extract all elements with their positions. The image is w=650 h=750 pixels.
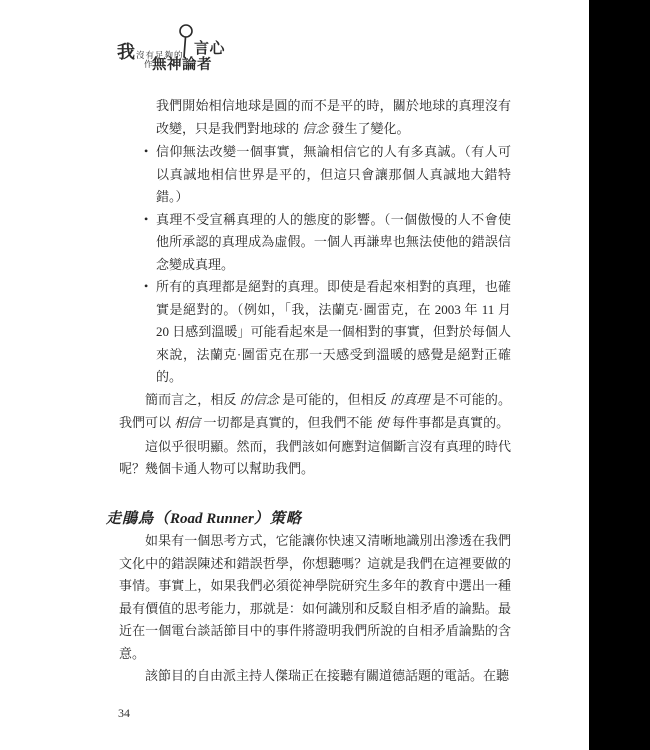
bullet-marker: • <box>144 275 148 298</box>
list-item-text: 真理不受宣稱真理的人的態度的影響。（一個傲慢的人不會使他所承認的真理成為虛假。一… <box>156 212 511 272</box>
paragraph-continuation: 我們開始相信地球是圓的而不是平的時，關於地球的真理沒有改變，只是我們對地球的 信… <box>156 95 511 141</box>
list-item-text: 所有的真理都是絕對的真理。即使是看起來相對的真理，也確實是絕對的。（例如，「我，… <box>156 279 511 384</box>
logo-char-wo: 我 <box>117 38 135 64</box>
page-content: 我們開始相信地球是圓的而不是平的時，關於地球的真理沒有改變，只是我們對地球的 信… <box>119 95 511 688</box>
right-black-band <box>589 0 650 750</box>
list-item: • 真理不受宣稱真理的人的態度的影響。（一個傲慢的人不會使他所承認的真理成為虛假… <box>156 209 511 277</box>
book-page: 我 沒有足夠的 言心 作 無神論者 我們開始相信地球是圓的而不是平的時，關於地球… <box>0 0 650 750</box>
list-item-text: 信仰無法改變一個事實，無論相信它的人有多真誠。（有人可以真誠地相信世界是平的，但… <box>156 144 511 204</box>
book-title-logo: 我 沒有足夠的 言心 作 無神論者 <box>117 22 237 72</box>
paragraph-radio-show: 該節目的自由派主持人傑瑞正在接聽有關道德話題的電話。在聽 <box>119 665 511 688</box>
list-item: • 所有的真理都是絕對的真理。即使是看起來相對的真理，也確實是絕對的。（例如，「… <box>156 276 511 389</box>
section-heading-road-runner: 走鵑鳥（Road Runner）策略 <box>106 508 511 531</box>
paragraph-road-runner-intro: 如果有一個思考方式，它能讓你快速又清晰地識別出滲透在我們文化中的錯誤陳述和錯誤哲… <box>119 530 511 665</box>
bullet-list: • 信仰無法改變一個事實，無論相信它的人有多真誠。（有人可以真誠地相信世界是平的… <box>156 141 511 389</box>
bullet-marker: • <box>144 140 148 163</box>
logo-bottom-text: 無神論者 <box>152 53 212 74</box>
paragraph-summary: 簡而言之，相反 的信念 是可能的，但相反 的真理 是不可能的。我們可以 相信 一… <box>119 389 511 436</box>
paragraph-transition: 這似乎很明顯。然而，我們該如何應對這個斷言沒有真理的時代呢？幾個卡通人物可以幫助… <box>119 436 511 481</box>
page-number: 34 <box>118 706 130 721</box>
bullet-marker: • <box>144 208 148 231</box>
list-item: • 信仰無法改變一個事實，無論相信它的人有多真誠。（有人可以真誠地相信世界是平的… <box>156 141 511 209</box>
